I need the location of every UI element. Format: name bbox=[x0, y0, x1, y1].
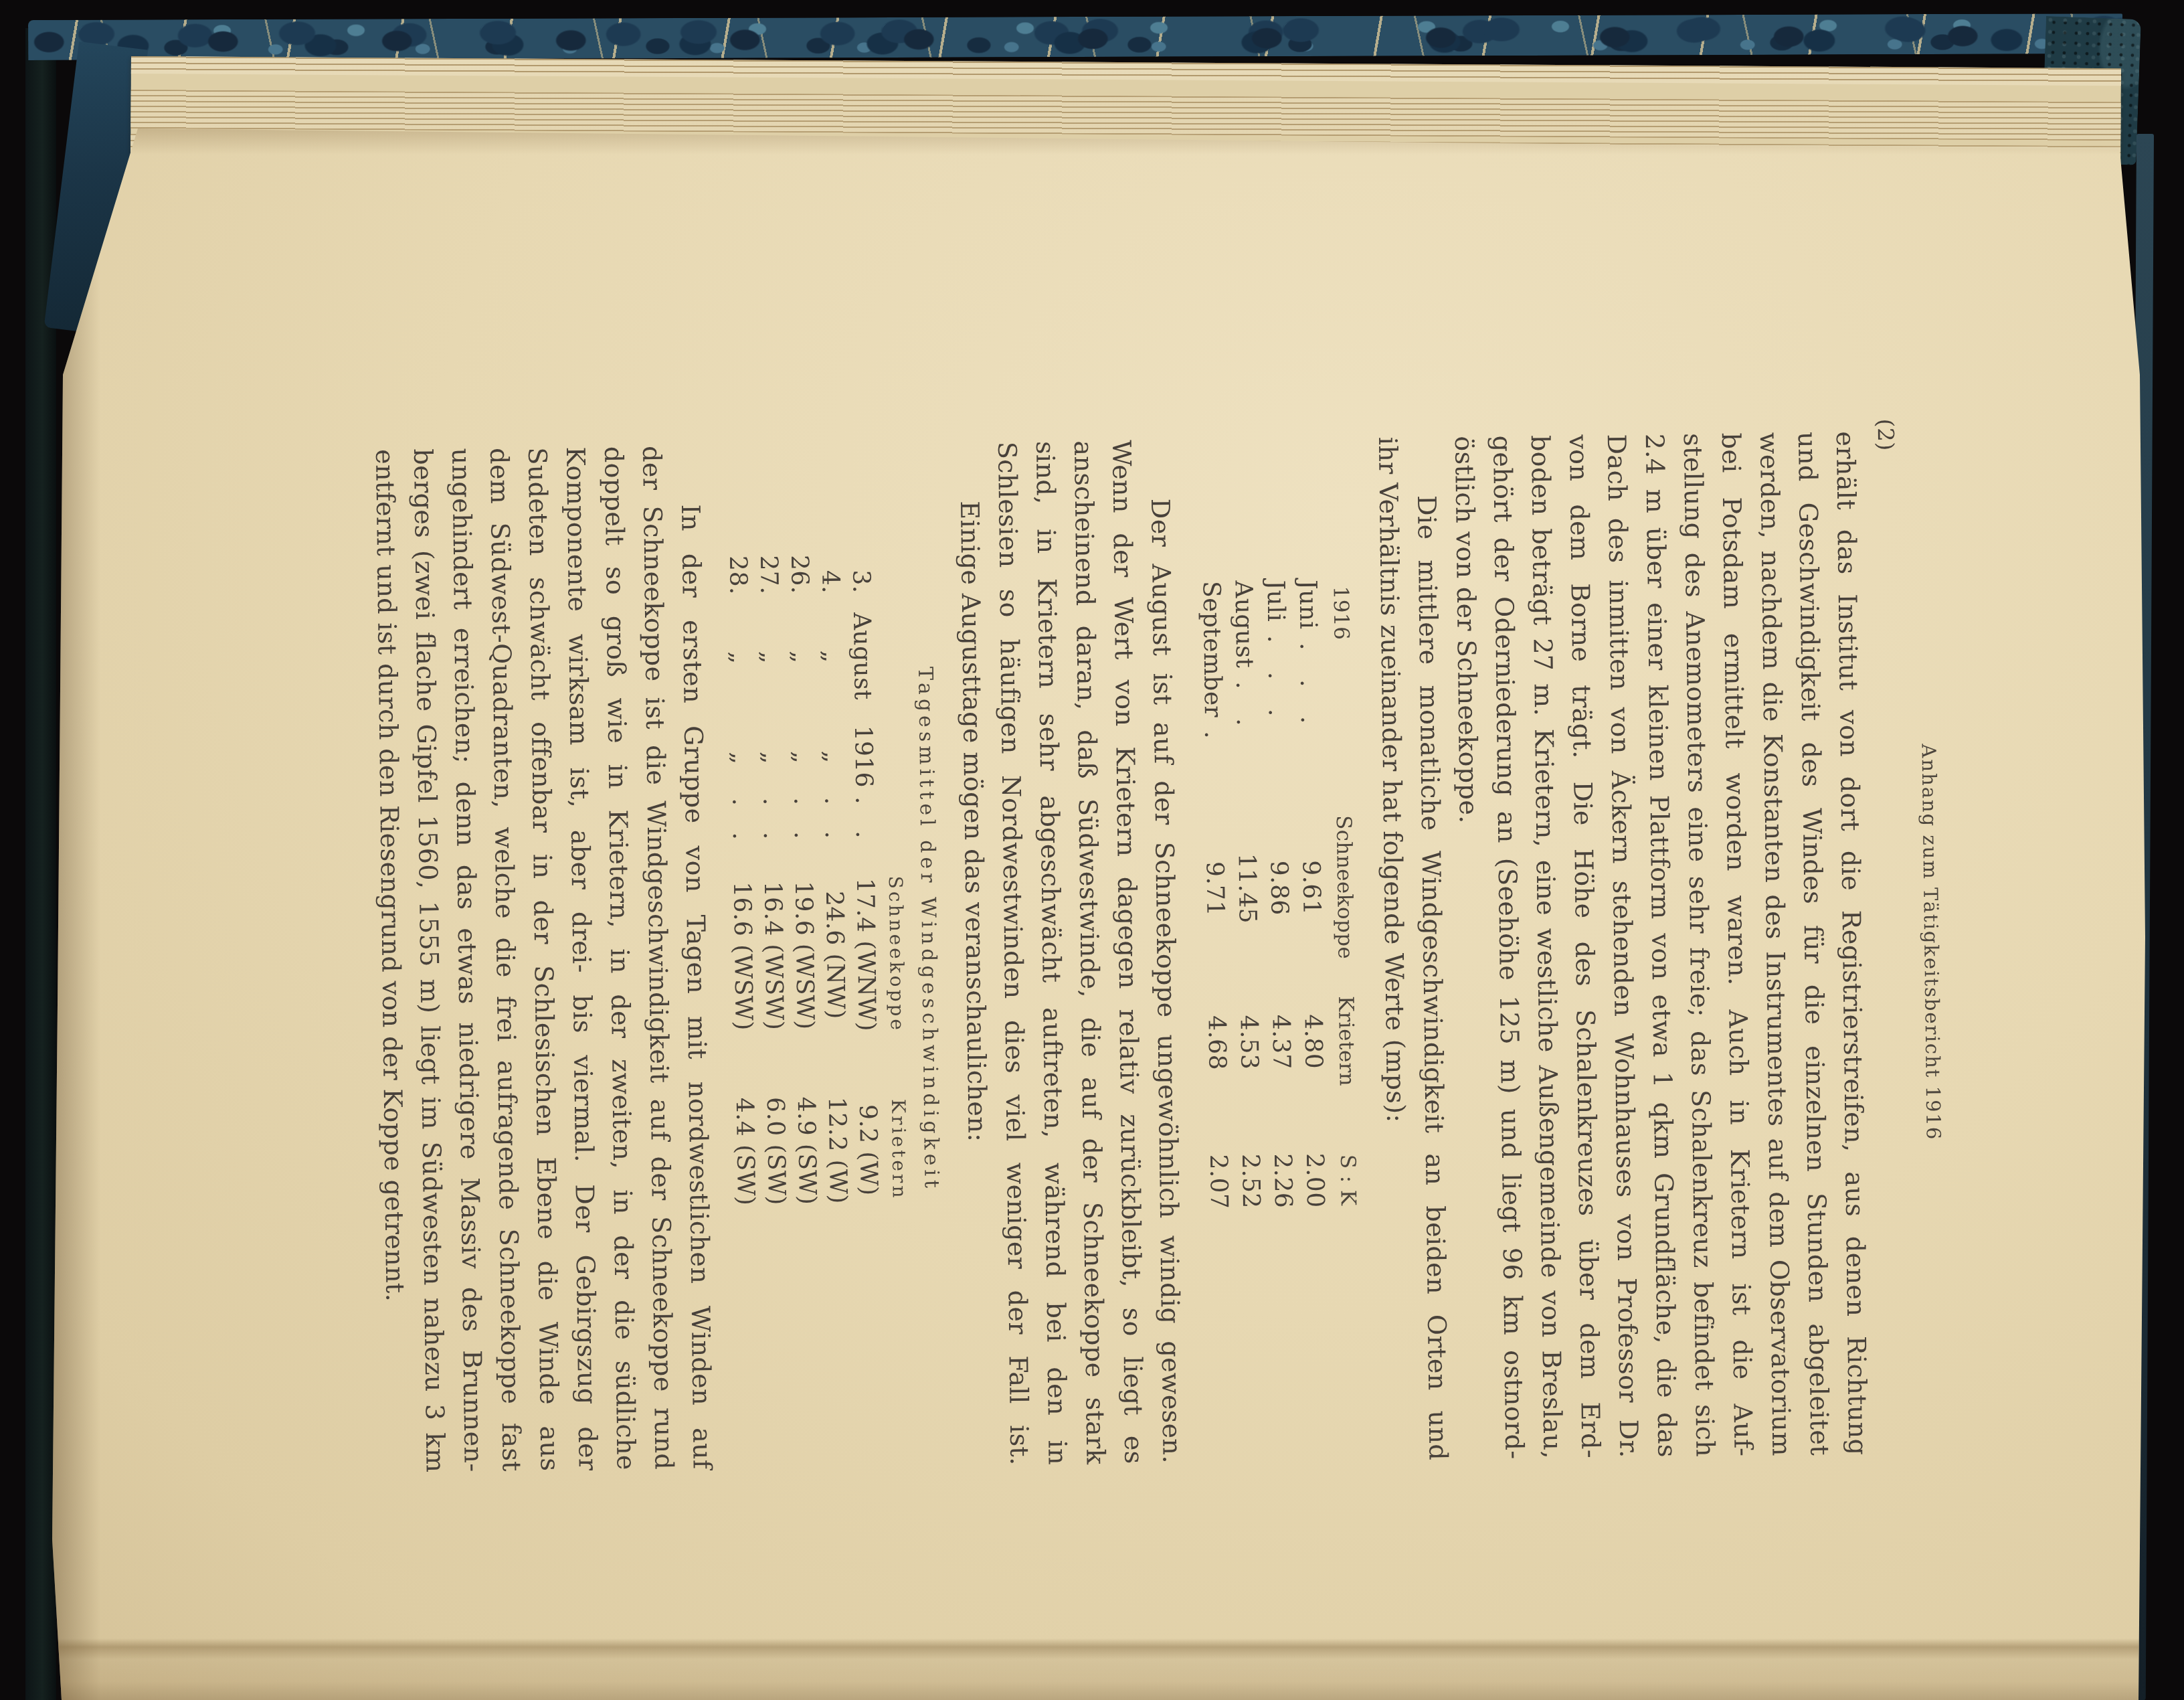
value-schneekoppe: 9.61 bbox=[1294, 811, 1328, 965]
dot-leader: . . . bbox=[1295, 643, 1324, 735]
monthly-wind-table: 1916 Schneekoppe Krietern S : K Juni. . … bbox=[1194, 579, 1368, 1463]
value-schneekoppe: 16.6 (WSW) bbox=[725, 851, 759, 1061]
paragraph-4: In der ersten Gruppe von Tagen mit nordw… bbox=[365, 445, 721, 1473]
value-ratio: 2.26 bbox=[1265, 1118, 1299, 1243]
page-bottom-curl-shadow bbox=[0, 1638, 2184, 1700]
row-year: „ bbox=[786, 719, 817, 795]
value-krietern: 6.0 (SW) bbox=[759, 1060, 792, 1243]
row-label: Juni bbox=[1293, 580, 1322, 629]
row-label: September bbox=[1197, 581, 1226, 718]
row-label: August bbox=[1229, 580, 1258, 668]
value-ratio: 2.07 bbox=[1201, 1120, 1235, 1244]
value-ratio: 2.52 bbox=[1233, 1119, 1267, 1244]
value-schneekoppe: 19.6 (WSW) bbox=[787, 851, 820, 1060]
dot-leader: . . bbox=[755, 795, 787, 852]
dot-leader: . . . bbox=[1262, 635, 1291, 728]
row-year: 1916 bbox=[847, 719, 879, 794]
table-col-header: Krietern bbox=[882, 1059, 915, 1242]
row-day: 27. bbox=[753, 545, 784, 595]
row-label: Juli bbox=[1261, 580, 1289, 622]
table-col-header: Schneekoppe bbox=[879, 850, 913, 1059]
paragraph-2: Die mittlere monatliche Windgeschwindigk… bbox=[1368, 436, 1457, 1461]
value-ratio: 2.00 bbox=[1297, 1118, 1331, 1243]
dot-leader: . . bbox=[848, 794, 879, 851]
row-month: „ bbox=[815, 594, 847, 720]
row-month: August bbox=[846, 593, 878, 719]
row-day: 4. bbox=[814, 544, 846, 594]
value-krietern: 4.68 bbox=[1200, 966, 1234, 1120]
dot-leader: . . bbox=[725, 795, 756, 852]
row-day: 28. bbox=[722, 545, 753, 595]
paragraph-3: Der August ist auf der Schneekoppe ungew… bbox=[988, 440, 1191, 1466]
row-month: „ bbox=[784, 594, 816, 720]
table-year-header: 1916 bbox=[1323, 579, 1360, 811]
table-col-header: Schneekoppe bbox=[1326, 810, 1363, 964]
running-header: Anhang zum Tätigkeitsbericht 1916 bbox=[1910, 430, 1953, 1454]
dot-leader: . . bbox=[817, 794, 848, 851]
table-col-header: Krietern bbox=[1328, 964, 1365, 1118]
value-krietern: 4.4 (SW) bbox=[728, 1060, 761, 1243]
value-krietern: 4.9 (SW) bbox=[790, 1059, 822, 1242]
value-krietern: 9.2 (W) bbox=[851, 1059, 884, 1242]
book-page: Anhang zum Tätigkeitsbericht 1916 (2) er… bbox=[0, 0, 2184, 1700]
value-schneekoppe: 9.86 bbox=[1262, 811, 1296, 966]
page-number: (2) bbox=[1872, 418, 1912, 1454]
value-krietern: 12.2 (W) bbox=[820, 1059, 853, 1242]
value-krietern: 4.37 bbox=[1264, 965, 1298, 1120]
value-krietern: 4.53 bbox=[1232, 965, 1266, 1120]
dot-leader: . bbox=[1199, 731, 1226, 750]
row-year: „ bbox=[755, 720, 786, 796]
row-day: 3. bbox=[845, 543, 877, 594]
row-day: 26. bbox=[784, 544, 815, 594]
row-year: „ bbox=[724, 720, 755, 796]
row-month: „ bbox=[753, 594, 786, 721]
value-schneekoppe: 11.45 bbox=[1230, 811, 1264, 966]
paragraph-1: erhält das Institut von dort die Registr… bbox=[1445, 431, 1877, 1460]
dot-leader: . . bbox=[786, 794, 818, 851]
daily-wind-table: Tagesmittel der Windgeschwindigkeit Schn… bbox=[722, 543, 951, 1469]
value-krietern: 4.80 bbox=[1296, 964, 1330, 1119]
value-schneekoppe: 17.4 (WNW) bbox=[848, 850, 882, 1059]
value-schneekoppe: 16.4 (WSW) bbox=[756, 851, 790, 1061]
scanned-book-photo: Anhang zum Tätigkeitsbericht 1916 (2) er… bbox=[0, 0, 2184, 1700]
page-text-rotated: Anhang zum Tätigkeitsbericht 1916 (2) er… bbox=[335, 430, 1953, 1474]
value-schneekoppe: 24.6 (NW) bbox=[818, 851, 851, 1060]
row-month: „ bbox=[723, 594, 755, 721]
book-cover-marble-top-edge bbox=[28, 13, 2122, 60]
row-year: „ bbox=[816, 719, 848, 795]
value-schneekoppe: 9.71 bbox=[1198, 812, 1232, 966]
table-col-header: S : K bbox=[1330, 1118, 1366, 1242]
dot-leader: . . bbox=[1231, 681, 1259, 737]
